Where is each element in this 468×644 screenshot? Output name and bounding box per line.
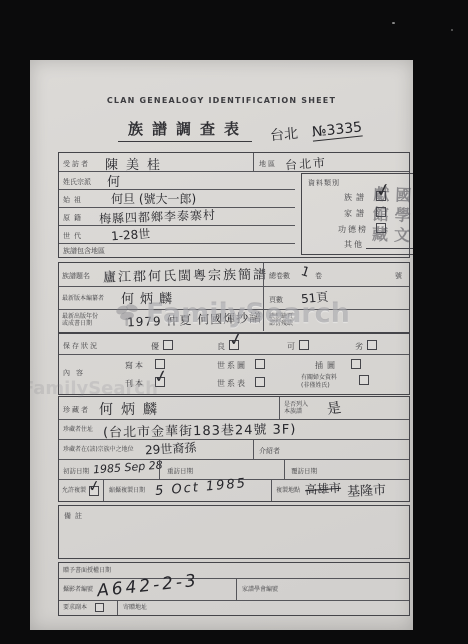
condition-option-label: 優 — [151, 341, 159, 352]
edition-label-line1: 最新出版年份 — [62, 313, 98, 320]
condition-row: 保存狀況 優 ✓ 良 ✓ 可 ✓ 劣 ✓ — [59, 334, 409, 355]
category-other-label: 其他 — [344, 239, 364, 250]
divider — [236, 578, 237, 600]
edition-row: 最新出版年份 或成書日期 1979 仲夏 何國煇抄譜 缺損缺頁 部份殘缺 — [59, 309, 409, 331]
photographer-no-row: 攝影者編號 A642-2-3 家譜學會編號 — [59, 578, 409, 601]
surname-row: 姓氏宗派 何 — [59, 171, 295, 190]
pages-value: 51頁 — [300, 288, 329, 307]
divider — [159, 459, 160, 479]
owner-row: 珍藏者 何炳麟 是否列入 本族譜 是 — [59, 397, 409, 420]
other-blank-line — [366, 248, 413, 249]
divider — [263, 286, 264, 309]
content-option-label: 插圖 — [315, 360, 339, 371]
coverage-area-row: 族譜包含地區 — [59, 243, 295, 256]
region-handwritten: 台北 — [269, 123, 299, 145]
grant-date-label: 贈予書面授權日期 — [63, 567, 111, 574]
checkbox — [299, 340, 309, 350]
divider — [103, 479, 104, 501]
content-option-label: 有關婦女資料 — [301, 374, 337, 381]
send-address-label: 寄贈地址 — [123, 604, 147, 611]
divider — [253, 153, 254, 171]
category-option-label: 家譜 — [344, 208, 368, 219]
checkbox — [376, 223, 386, 233]
copy-place-struck-value: 高雄市 — [304, 479, 341, 498]
origin-value: 梅縣四都鄉李泰寨村 — [99, 206, 217, 227]
owner-position-label: 珍藏者在(該)宗族中之地位 — [63, 446, 134, 453]
surname-value: 何 — [107, 171, 120, 190]
content-option-label: 刊本 — [125, 378, 145, 389]
copy-place-label: 複製地點 — [276, 487, 300, 494]
content-option-label: 寫本 — [125, 360, 145, 371]
copy-place-value: 基隆市 — [347, 479, 387, 500]
society-no-label: 家譜學會編號 — [242, 586, 278, 593]
edition-value: 1979 仲夏 何國煇抄譜 — [127, 309, 263, 331]
checkmark-icon: ✓ — [86, 476, 102, 496]
divider — [253, 439, 254, 459]
content-label: 內容 — [63, 368, 89, 378]
checkbox — [255, 377, 265, 387]
volumes-no-label: 號 — [395, 271, 402, 281]
remarks-label: 備註 — [64, 511, 86, 521]
owner-position-row: 珍藏者在(該)宗族中之地位 29世裔孫 介紹者 — [59, 439, 409, 460]
volumes-value: 1 — [299, 264, 312, 281]
genealogy-title-row: 族譜題名 廬江郡何氏閩粵宗族簡譜 總卷數 1 卷 號 — [59, 263, 409, 287]
form-title-chinese: 族譜調查表 — [118, 120, 252, 142]
scanned-form-paper: CLAN GENEALOGY IDENTIFICATION SHEET 族譜調查… — [30, 60, 413, 630]
content-option-note: (非僅姓氏) — [301, 382, 330, 389]
owner-label: 珍藏者 — [63, 405, 90, 415]
generations-row: 世代 1-28世 — [59, 225, 295, 244]
origin-row: 原籍 梅縣四都鄉李泰寨村 — [59, 207, 295, 226]
pages-label: 頁數 — [269, 295, 283, 305]
remarks-section: 備註 — [58, 505, 410, 559]
origin-label: 原籍 — [63, 213, 85, 223]
volumes-unit-label: 卷 — [315, 271, 322, 281]
checkbox — [95, 603, 104, 612]
genealogy-title-section: 族譜題名 廬江郡何氏閩粵宗族簡譜 總卷數 1 卷 號 最新版本編纂者 何炳麟 頁… — [58, 262, 410, 333]
checkbox — [359, 375, 369, 385]
revisit-label: 重訪日期 — [167, 466, 193, 475]
divider — [271, 479, 272, 501]
copy-request-label: 要求副本 — [63, 604, 87, 611]
film-speck — [392, 22, 395, 24]
first-ancestor-value: 何旦 (號大一郎) — [111, 190, 196, 207]
condition-content-section: 保存狀況 優 ✓ 良 ✓ 可 ✓ 劣 ✓ 內容 寫本 ✓ 世系圖 ✓ 插圖 ✓ — [58, 333, 410, 395]
category-title: 資料類別 — [308, 178, 340, 188]
checkbox — [351, 359, 361, 369]
category-box: 資料類別 族譜 ✓ 家譜 ✓ 功德榜 ✓ 其他 — [301, 173, 413, 255]
divider — [117, 600, 118, 615]
district-label: 地區 — [259, 159, 277, 169]
checkmark-icon: ✓ — [374, 179, 393, 203]
form-title-english: CLAN GENEALOGY IDENTIFICATION SHEET — [30, 96, 413, 105]
generations-value: 1-28世 — [110, 225, 150, 245]
copy-request-row: 要求副本 寄贈地址 — [59, 600, 409, 615]
compiler-label: 最新版本編纂者 — [62, 295, 104, 302]
coverage-area-label: 族譜包含地區 — [63, 246, 105, 256]
checkbox — [376, 207, 386, 217]
checkmark-icon: ✓ — [227, 329, 245, 352]
surname-label: 姓氏宗派 — [63, 177, 91, 187]
microfilm-date-label: 縮攝複製日期 — [109, 487, 145, 494]
interviewee-label: 受訪者 — [63, 159, 90, 169]
first-visit-label: 初訪日期 — [63, 466, 89, 475]
photographer-no-label: 攝影者編號 — [63, 586, 93, 593]
owner-address-value: (台北市金華街183巷24號 3F) — [103, 418, 297, 440]
content-option-label: 世系圖 — [217, 360, 247, 371]
permit-label: 允許複製 — [62, 487, 86, 494]
content-option-label: 世系表 — [217, 378, 247, 389]
checkbox — [255, 359, 265, 369]
divider — [284, 459, 285, 479]
compiler-value: 何炳麟 — [121, 288, 178, 307]
reproduction-row: 允許複製 ✓ 縮攝複製日期 5 Oct 1985 複製地點 高雄市 基隆市 — [59, 479, 409, 501]
microfilm-frame: { "header": { "title_en": "CLAN GENEALOG… — [0, 0, 468, 644]
identity-section: 受訪者 陳美桂 地區 台北市 姓氏宗派 何 始祖 何旦 (號大一郎) 原籍 梅縣… — [58, 152, 410, 258]
condition-option-label: 劣 — [355, 341, 363, 352]
compiler-row: 最新版本編纂者 何炳麟 頁數 51頁 — [59, 286, 409, 310]
owner-section: 珍藏者 何炳麟 是否列入 本族譜 是 珍藏者住址 (台北市金華街183巷24號 … — [58, 396, 410, 502]
genealogy-title-label: 族譜題名 — [62, 271, 90, 281]
owner-position-value: 29世裔孫 — [145, 439, 197, 459]
volumes-label: 總卷數 — [269, 271, 290, 281]
missing-pages-label-line2: 部份殘缺 — [269, 320, 293, 327]
missing-pages-label-line1: 缺損缺頁 — [269, 313, 293, 320]
category-option-label: 族譜 — [344, 192, 368, 203]
first-ancestor-row: 始祖 何旦 (號大一郎) — [59, 189, 295, 208]
checkmark-icon: ✓ — [152, 366, 170, 389]
first-visit-value: 1985 Sep 28 — [93, 459, 163, 477]
introducer-label: 介紹者 — [259, 446, 280, 456]
content-rows: 內容 寫本 ✓ 世系圖 ✓ 插圖 ✓ 刊本 ✓ 世系表 ✓ 有關婦女資料 (非僅… — [59, 354, 409, 394]
owner-address-label: 珍藏者住址 — [63, 426, 93, 433]
followup-label: 覆訪日期 — [291, 466, 317, 475]
category-option-label: 功德榜 — [338, 224, 368, 235]
owner-address-row: 珍藏者住址 (台北市金華街183巷24號 3F) — [59, 419, 409, 440]
checkbox — [163, 340, 173, 350]
listed-label-line1: 是否列入 — [284, 401, 308, 408]
listed-value: 是 — [326, 397, 343, 419]
condition-option-label: 可 — [287, 341, 295, 352]
genealogy-title-value: 廬江郡何氏閩粵宗族簡譜 — [103, 264, 268, 286]
divider — [263, 263, 264, 286]
listed-label-line2: 本族譜 — [284, 408, 302, 415]
owner-value: 何炳麟 — [99, 399, 165, 419]
serial-handwritten: №3335 — [311, 119, 363, 141]
microfilm-date-value: 5 Oct 1985 — [155, 476, 248, 499]
checkbox — [367, 340, 377, 350]
divider — [263, 309, 264, 331]
processing-section: 贈予書面授權日期 攝影者編號 A642-2-3 家譜學會編號 要求副本 寄贈地址 — [58, 562, 410, 616]
first-ancestor-label: 始祖 — [63, 195, 85, 205]
divider — [279, 397, 280, 419]
interviewee-row: 受訪者 陳美桂 地區 台北市 — [59, 153, 409, 172]
condition-label: 保存狀況 — [63, 341, 99, 351]
edition-label-line2: 或成書日期 — [62, 320, 92, 327]
film-speck — [451, 29, 453, 31]
generations-label: 世代 — [63, 231, 85, 241]
grant-date-row: 贈予書面授權日期 — [59, 563, 409, 579]
condition-option-label: 良 — [217, 341, 225, 352]
